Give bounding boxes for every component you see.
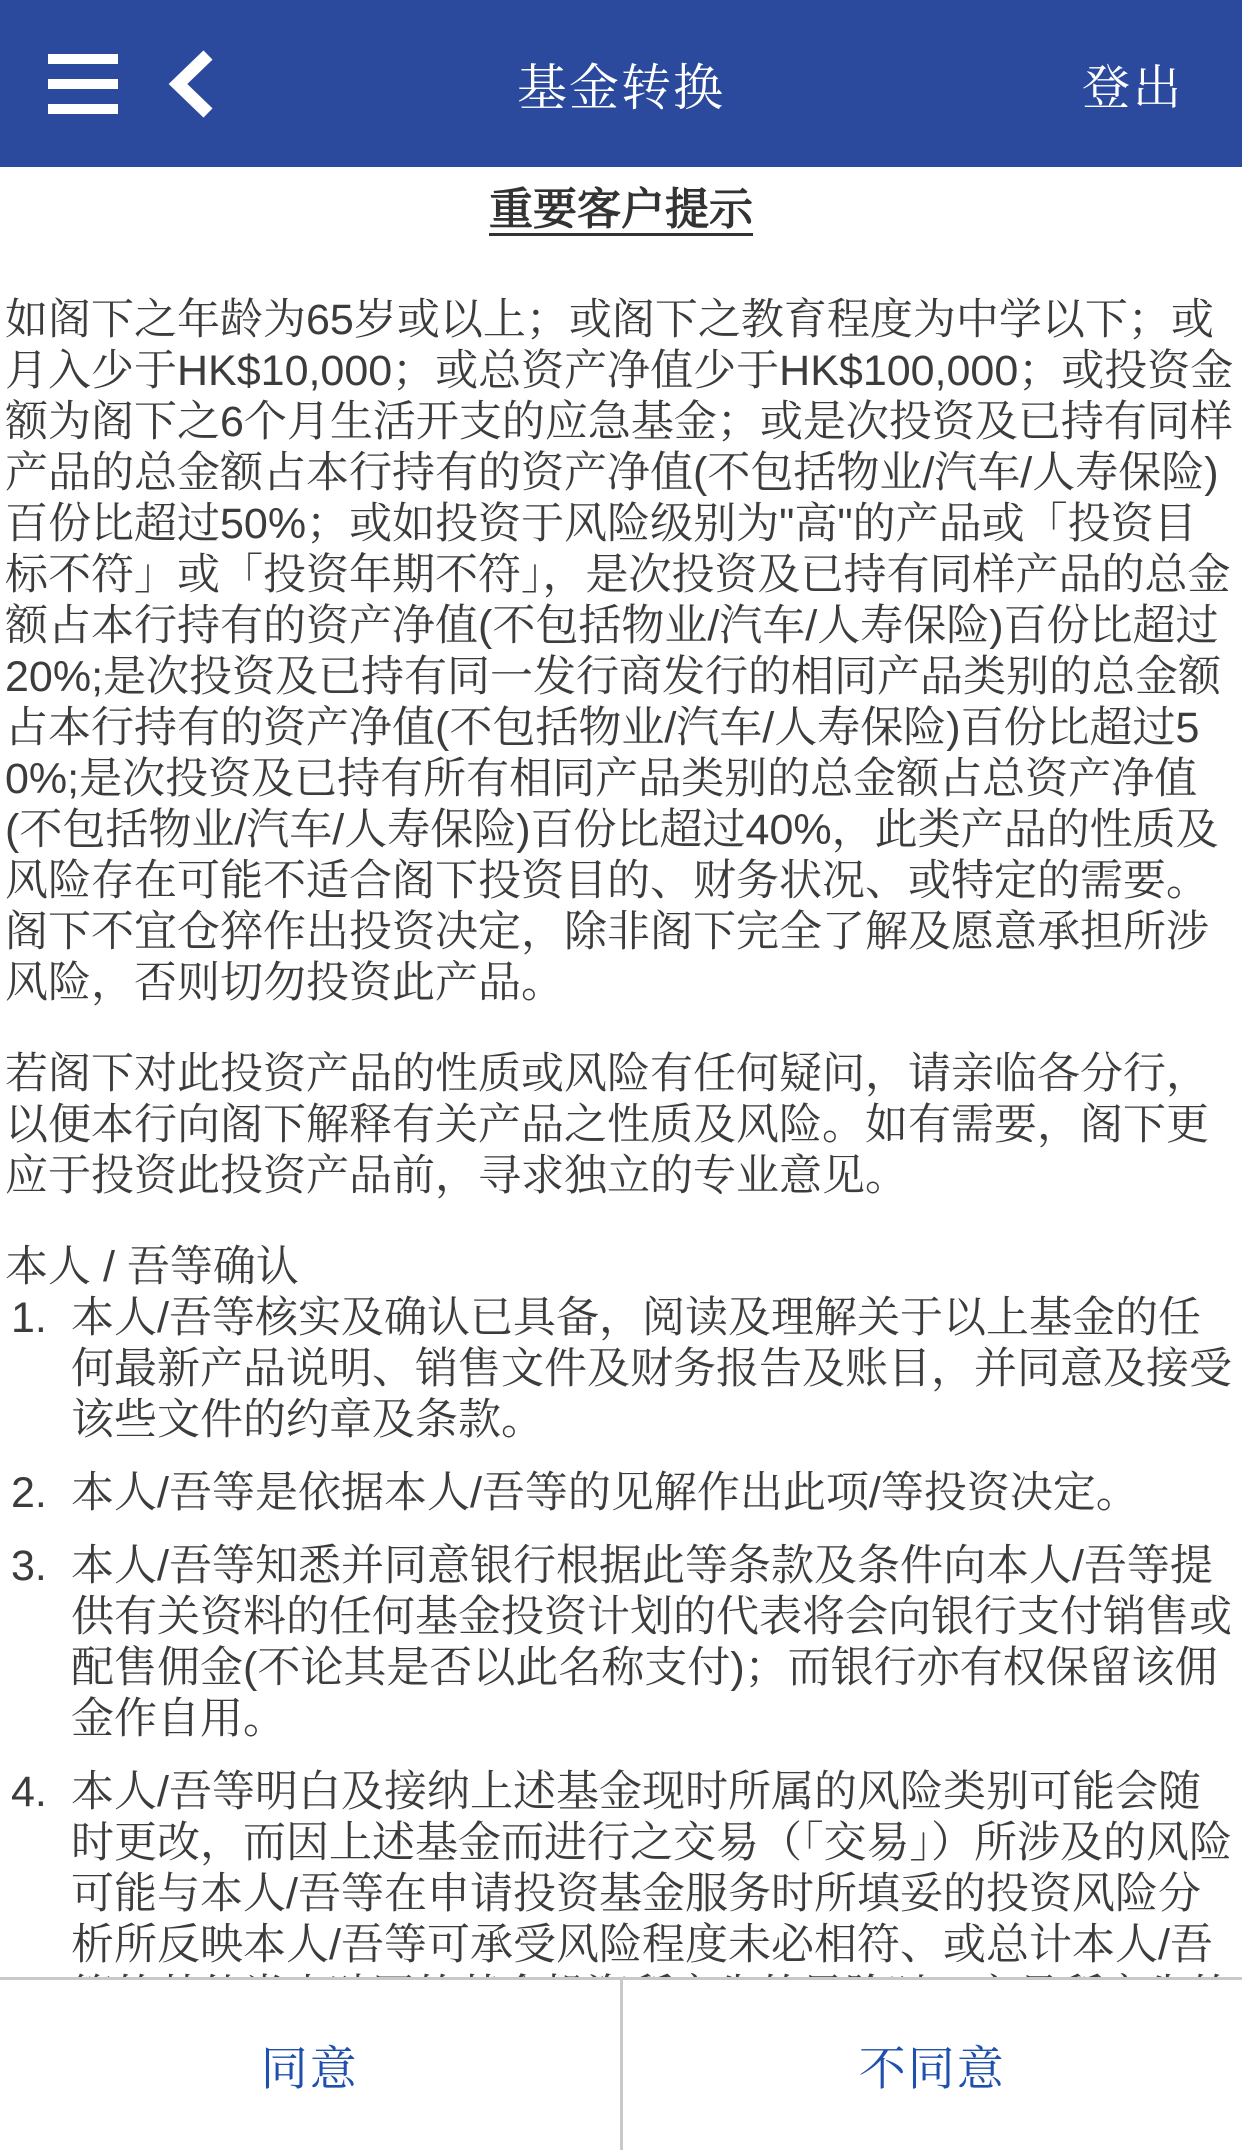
list-item: 4. 本人/吾等明白及接纳上述基金现时所属的风险类别可能会随时更改，而因上述基金… [5,1767,1237,1977]
list-item: 1. 本人/吾等核实及确认已具备，阅读及理解关于以上基金的任何最新产品说明、销售… [5,1293,1237,1446]
confirm-list: 1. 本人/吾等核实及确认已具备，阅读及理解关于以上基金的任何最新产品说明、销售… [0,1293,1242,1977]
action-bar: 同意 不同意 [0,1977,1242,2150]
notice-paragraph-1: 如阁下之年龄为65岁或以上；或阁下之教育程度为中学以下；或月入少于HK$10,0… [0,295,1242,1009]
list-item-number: 3. [5,1541,71,1592]
confirm-heading: 本人 / 吾等确认 [0,1242,1242,1293]
agree-button[interactable]: 同意 [0,1980,620,2150]
list-item-text: 本人/吾等知悉并同意银行根据此等条款及条件向本人/吾等提供有关资料的任何基金投资… [71,1541,1237,1745]
app-screen: 基金转换 登出 重要客户提示 如阁下之年龄为65岁或以上；或阁下之教育程度为中学… [0,0,1242,2150]
list-item-number: 4. [5,1767,71,1818]
list-item-number: 2. [5,1468,71,1519]
disagree-button[interactable]: 不同意 [623,1980,1242,2150]
list-item-text: 本人/吾等核实及确认已具备，阅读及理解关于以上基金的任何最新产品说明、销售文件及… [71,1293,1237,1446]
list-item-text: 本人/吾等明白及接纳上述基金现时所属的风险类别可能会随时更改，而因上述基金而进行… [71,1767,1237,1977]
logout-button[interactable]: 登出 [1082,49,1184,118]
header-bar: 基金转换 登出 [0,0,1242,167]
list-item: 2. 本人/吾等是依据本人/吾等的见解作出此项/等投资决定。 [5,1468,1237,1519]
menu-icon[interactable] [48,54,118,114]
back-icon[interactable] [162,49,218,119]
list-item: 3. 本人/吾等知悉并同意银行根据此等条款及条件向本人/吾等提供有关资料的任何基… [5,1541,1237,1745]
list-item-number: 1. [5,1293,71,1344]
notice-title: 重要客户提示 [0,173,1242,237]
notice-scroll-area[interactable]: 重要客户提示 如阁下之年龄为65岁或以上；或阁下之教育程度为中学以下；或月入少于… [0,167,1242,1977]
notice-paragraph-2: 若阁下对此投资产品的性质或风险有任何疑问，请亲临各分行，以便本行向阁下解释有关产… [0,1049,1242,1202]
list-item-text: 本人/吾等是依据本人/吾等的见解作出此项/等投资决定。 [71,1468,1237,1519]
